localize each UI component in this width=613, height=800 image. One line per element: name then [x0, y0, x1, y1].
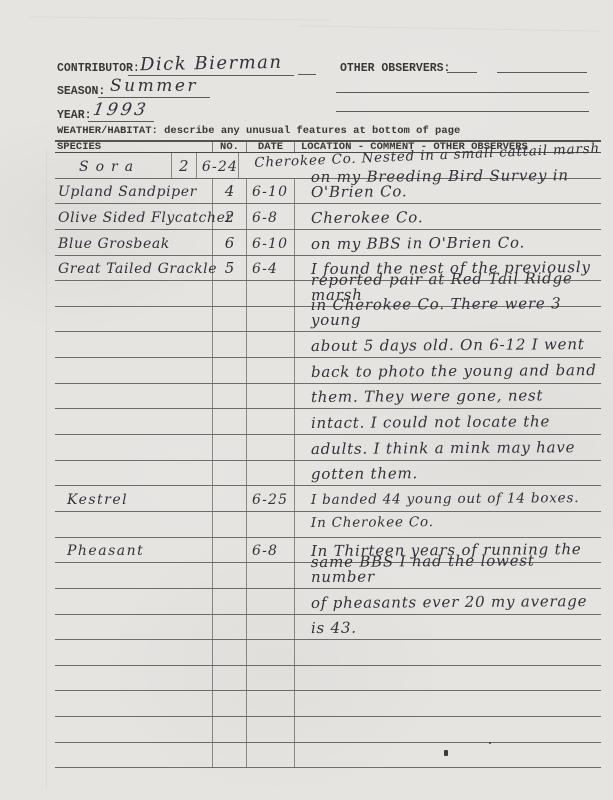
date-cell: [247, 666, 295, 691]
scanned-report-form: CONTRIBUTOR: Dick Bierman OTHER OBSERVER…: [0, 0, 613, 800]
year-label: YEAR:: [57, 109, 92, 122]
date-cell: 6-10: [247, 230, 295, 255]
comment-cell: same BBS I had the lowest number: [295, 563, 601, 588]
species-value: [55, 380, 58, 383]
count-cell: [213, 717, 247, 742]
table-row: [55, 691, 601, 717]
blank-line: [447, 72, 477, 73]
species-value: [55, 739, 58, 742]
table-row: in Cherokee Co. There were 3 young: [55, 307, 601, 333]
date-value: 6-8: [252, 210, 278, 229]
count-value: 6: [225, 234, 235, 255]
species-value: [55, 354, 58, 357]
comment-cell: is 43.: [295, 615, 601, 640]
species-cell: [55, 435, 213, 460]
comment-value: In Cherokee Co.: [311, 515, 434, 537]
species-value: [55, 431, 58, 434]
date-value: 6-10: [252, 236, 288, 255]
species-cell: [55, 640, 213, 665]
species-value: Olive Sided Flycatcher: [55, 210, 233, 229]
table-row: them. They were gone, nest: [55, 384, 601, 410]
year-field: 1993: [88, 100, 154, 122]
species-value: [55, 405, 58, 408]
count-cell: 6: [213, 230, 247, 255]
comment-value: is 43.: [311, 621, 357, 639]
other-observers-label: OTHER OBSERVERS:: [340, 62, 450, 75]
comment-value: of pheasants ever 20 my average: [311, 594, 588, 614]
table-row: [55, 717, 601, 743]
species-value: [55, 457, 58, 460]
date-value: 6-24: [202, 159, 238, 178]
date-cell: [247, 384, 295, 409]
contributor-value: Dick Bierman: [140, 52, 283, 76]
species-cell: Pheasant: [55, 538, 213, 563]
count-cell: [213, 640, 247, 665]
comment-cell: adults. I think a mink may have: [295, 435, 601, 460]
count-cell: [213, 615, 247, 640]
date-cell: [247, 435, 295, 460]
count-cell: [213, 563, 247, 588]
paper-crease: [30, 16, 330, 20]
comment-value: in Cherokee Co. There were 3 young: [311, 296, 601, 331]
date-cell: 6-8: [247, 538, 295, 563]
species-value: Upland Sandpiper: [55, 184, 197, 203]
table-row: of pheasants ever 20 my average: [55, 589, 601, 615]
comment-value: on my Breeding Bird Survey in O'Brien Co…: [311, 168, 601, 203]
column-header-no: NO.: [213, 142, 247, 152]
date-value: 6-8: [252, 543, 278, 562]
table-row: [55, 666, 601, 692]
species-value: [55, 687, 58, 690]
date-value: 6-4: [252, 261, 278, 280]
count-value: 4: [225, 182, 235, 203]
species-value: Kestrel: [55, 492, 128, 511]
count-cell: [213, 409, 247, 434]
table-row: is 43.: [55, 615, 601, 641]
table-row: Upland Sandpiper 4 6-10 on my Breeding B…: [55, 179, 601, 205]
species-cell: [55, 461, 213, 486]
species-value: Sora: [55, 159, 140, 178]
comment-cell: them. They were gone, nest: [295, 384, 601, 409]
comment-cell: gotten them.: [295, 461, 601, 486]
season-value: Summer: [110, 76, 198, 97]
count-cell: [213, 589, 247, 614]
species-cell: [55, 512, 213, 537]
date-cell: [247, 512, 295, 537]
blank-line: [336, 111, 589, 112]
species-value: Pheasant: [55, 543, 144, 562]
comment-value: adults. I think a mink may have: [311, 440, 575, 460]
count-cell: [213, 512, 247, 537]
species-cell: [55, 384, 213, 409]
count-cell: [213, 384, 247, 409]
comment-value: on my BBS in O'Brien Co.: [311, 235, 525, 254]
species-cell: Upland Sandpiper: [55, 179, 213, 204]
date-cell: [247, 563, 295, 588]
species-value: [55, 713, 58, 716]
date-cell: [247, 615, 295, 640]
table-row: same BBS I had the lowest number: [55, 563, 601, 589]
comment-cell: I banded 44 young out of 14 boxes.: [295, 486, 601, 511]
species-cell: [55, 589, 213, 614]
comment-cell: on my BBS in O'Brien Co.: [295, 230, 601, 255]
blank-line: [298, 74, 316, 75]
table-row: [55, 640, 601, 666]
species-cell: [55, 691, 213, 716]
species-value: [55, 303, 58, 306]
contributor-field: Dick Bierman: [128, 53, 294, 76]
species-cell: [55, 409, 213, 434]
date-cell: [247, 358, 295, 383]
species-value: [55, 534, 58, 537]
count-value: 5: [225, 259, 235, 280]
comment-cell: [295, 666, 601, 691]
season-field: Summer: [98, 76, 210, 98]
count-cell: [213, 461, 247, 486]
date-cell: 6-4: [247, 256, 295, 281]
table-row: Kestrel 6-25 I banded 44 young out of 14…: [55, 486, 601, 512]
weather-habitat-note: WEATHER/HABITAT: describe any unusual fe…: [57, 125, 460, 137]
count-cell: [213, 281, 247, 306]
date-cell: [247, 589, 295, 614]
date-cell: 6-25: [247, 486, 295, 511]
species-value: [55, 482, 58, 485]
species-value: Blue Grosbeak: [55, 236, 170, 255]
date-cell: [247, 332, 295, 357]
table-row: In Cherokee Co.: [55, 512, 601, 538]
date-cell: [247, 461, 295, 486]
table-row: intact. I could not locate the: [55, 409, 601, 435]
count-cell: [213, 435, 247, 460]
species-cell: [55, 281, 213, 306]
species-cell: [55, 358, 213, 383]
species-value: [55, 662, 58, 665]
comment-value: them. They were gone, nest: [311, 389, 544, 409]
blank-line: [497, 72, 587, 73]
count-cell: [213, 666, 247, 691]
date-cell: [247, 691, 295, 716]
column-header-date: DATE: [247, 142, 295, 152]
species-cell: Great Tailed Grackle: [55, 256, 213, 281]
comment-cell: intact. I could not locate the: [295, 409, 601, 434]
column-header-species: SPECIES: [55, 142, 213, 152]
date-cell: [247, 640, 295, 665]
species-value: [55, 328, 58, 331]
count-cell: [213, 486, 247, 511]
species-value: [55, 764, 58, 767]
species-cell: Kestrel: [55, 486, 213, 511]
comment-value: I banded 44 young out of 14 boxes.: [311, 491, 579, 511]
paper-crease: [46, 150, 47, 790]
species-cell: [55, 666, 213, 691]
date-cell: [247, 717, 295, 742]
count-cell: 2: [213, 204, 247, 229]
count-cell: [213, 358, 247, 383]
count-cell: [213, 307, 247, 332]
count-cell: [213, 743, 247, 768]
paper-crease: [300, 25, 600, 31]
table-row: back to photo the young and band: [55, 358, 601, 384]
date-cell: [247, 281, 295, 306]
table-row: about 5 days old. On 6-12 I went: [55, 332, 601, 358]
date-cell: [247, 307, 295, 332]
species-value: [55, 611, 58, 614]
comment-value: intact. I could not locate the: [311, 414, 550, 434]
comment-cell: in Cherokee Co. There were 3 young: [295, 307, 601, 332]
species-cell: [55, 615, 213, 640]
comment-value: Cherokee Co.: [311, 210, 424, 229]
blank-line: [336, 92, 589, 93]
comment-cell: [295, 717, 601, 742]
species-value: [55, 636, 58, 639]
table-row: Olive Sided Flycatcher 2 6-8 Cherokee Co…: [55, 204, 601, 230]
species-value: [55, 585, 58, 588]
count-cell: 4: [213, 179, 247, 204]
table-row: Blue Grosbeak 6 6-10 on my BBS in O'Brie…: [55, 230, 601, 256]
count-value: 2: [179, 157, 189, 178]
date-value: 6-10: [252, 184, 288, 203]
species-cell: [55, 563, 213, 588]
date-cell: [247, 409, 295, 434]
date-cell: 6-8: [247, 204, 295, 229]
comment-cell: [295, 691, 601, 716]
comment-cell: [295, 743, 601, 768]
count-value: 2: [225, 208, 235, 229]
date-cell: [247, 743, 295, 768]
table-body: Sora 2 6-24 Cherokee Co. Nested in a sma…: [55, 153, 601, 768]
species-cell: Olive Sided Flycatcher: [55, 204, 213, 229]
count-cell: [213, 691, 247, 716]
count-cell: [213, 332, 247, 357]
date-cell: 6-24: [197, 153, 239, 178]
species-cell: Sora: [55, 153, 172, 178]
species-cell: [55, 717, 213, 742]
comment-cell: [295, 640, 601, 665]
comment-cell: on my Breeding Bird Survey in O'Brien Co…: [295, 179, 601, 204]
comment-value: about 5 days old. On 6-12 I went: [311, 337, 585, 357]
species-value: Great Tailed Grackle: [55, 261, 217, 280]
comment-cell: back to photo the young and band: [295, 358, 601, 383]
count-cell: [213, 538, 247, 563]
count-cell: 2: [172, 153, 197, 178]
species-cell: [55, 332, 213, 357]
species-cell: [55, 743, 213, 768]
species-cell: [55, 307, 213, 332]
observation-table: SPECIES NO. DATE LOCATION - COMMENT - OT…: [55, 140, 601, 768]
comment-cell: In Cherokee Co.: [295, 512, 601, 537]
comment-value: same BBS I had the lowest number: [311, 553, 601, 588]
table-row: gotten them.: [55, 461, 601, 487]
count-cell: 5: [213, 256, 247, 281]
comment-cell: about 5 days old. On 6-12 I went: [295, 332, 601, 357]
comment-value: back to photo the young and band: [311, 363, 597, 383]
species-cell: Blue Grosbeak: [55, 230, 213, 255]
year-value: 1993: [92, 100, 151, 121]
date-cell: 6-10: [247, 179, 295, 204]
table-row: adults. I think a mink may have: [55, 435, 601, 461]
comment-cell: Cherokee Co.: [295, 204, 601, 229]
comment-cell: of pheasants ever 20 my average: [295, 589, 601, 614]
comment-value: gotten them.: [311, 467, 418, 486]
date-value: 6-25: [252, 492, 288, 511]
table-row: [55, 743, 601, 769]
